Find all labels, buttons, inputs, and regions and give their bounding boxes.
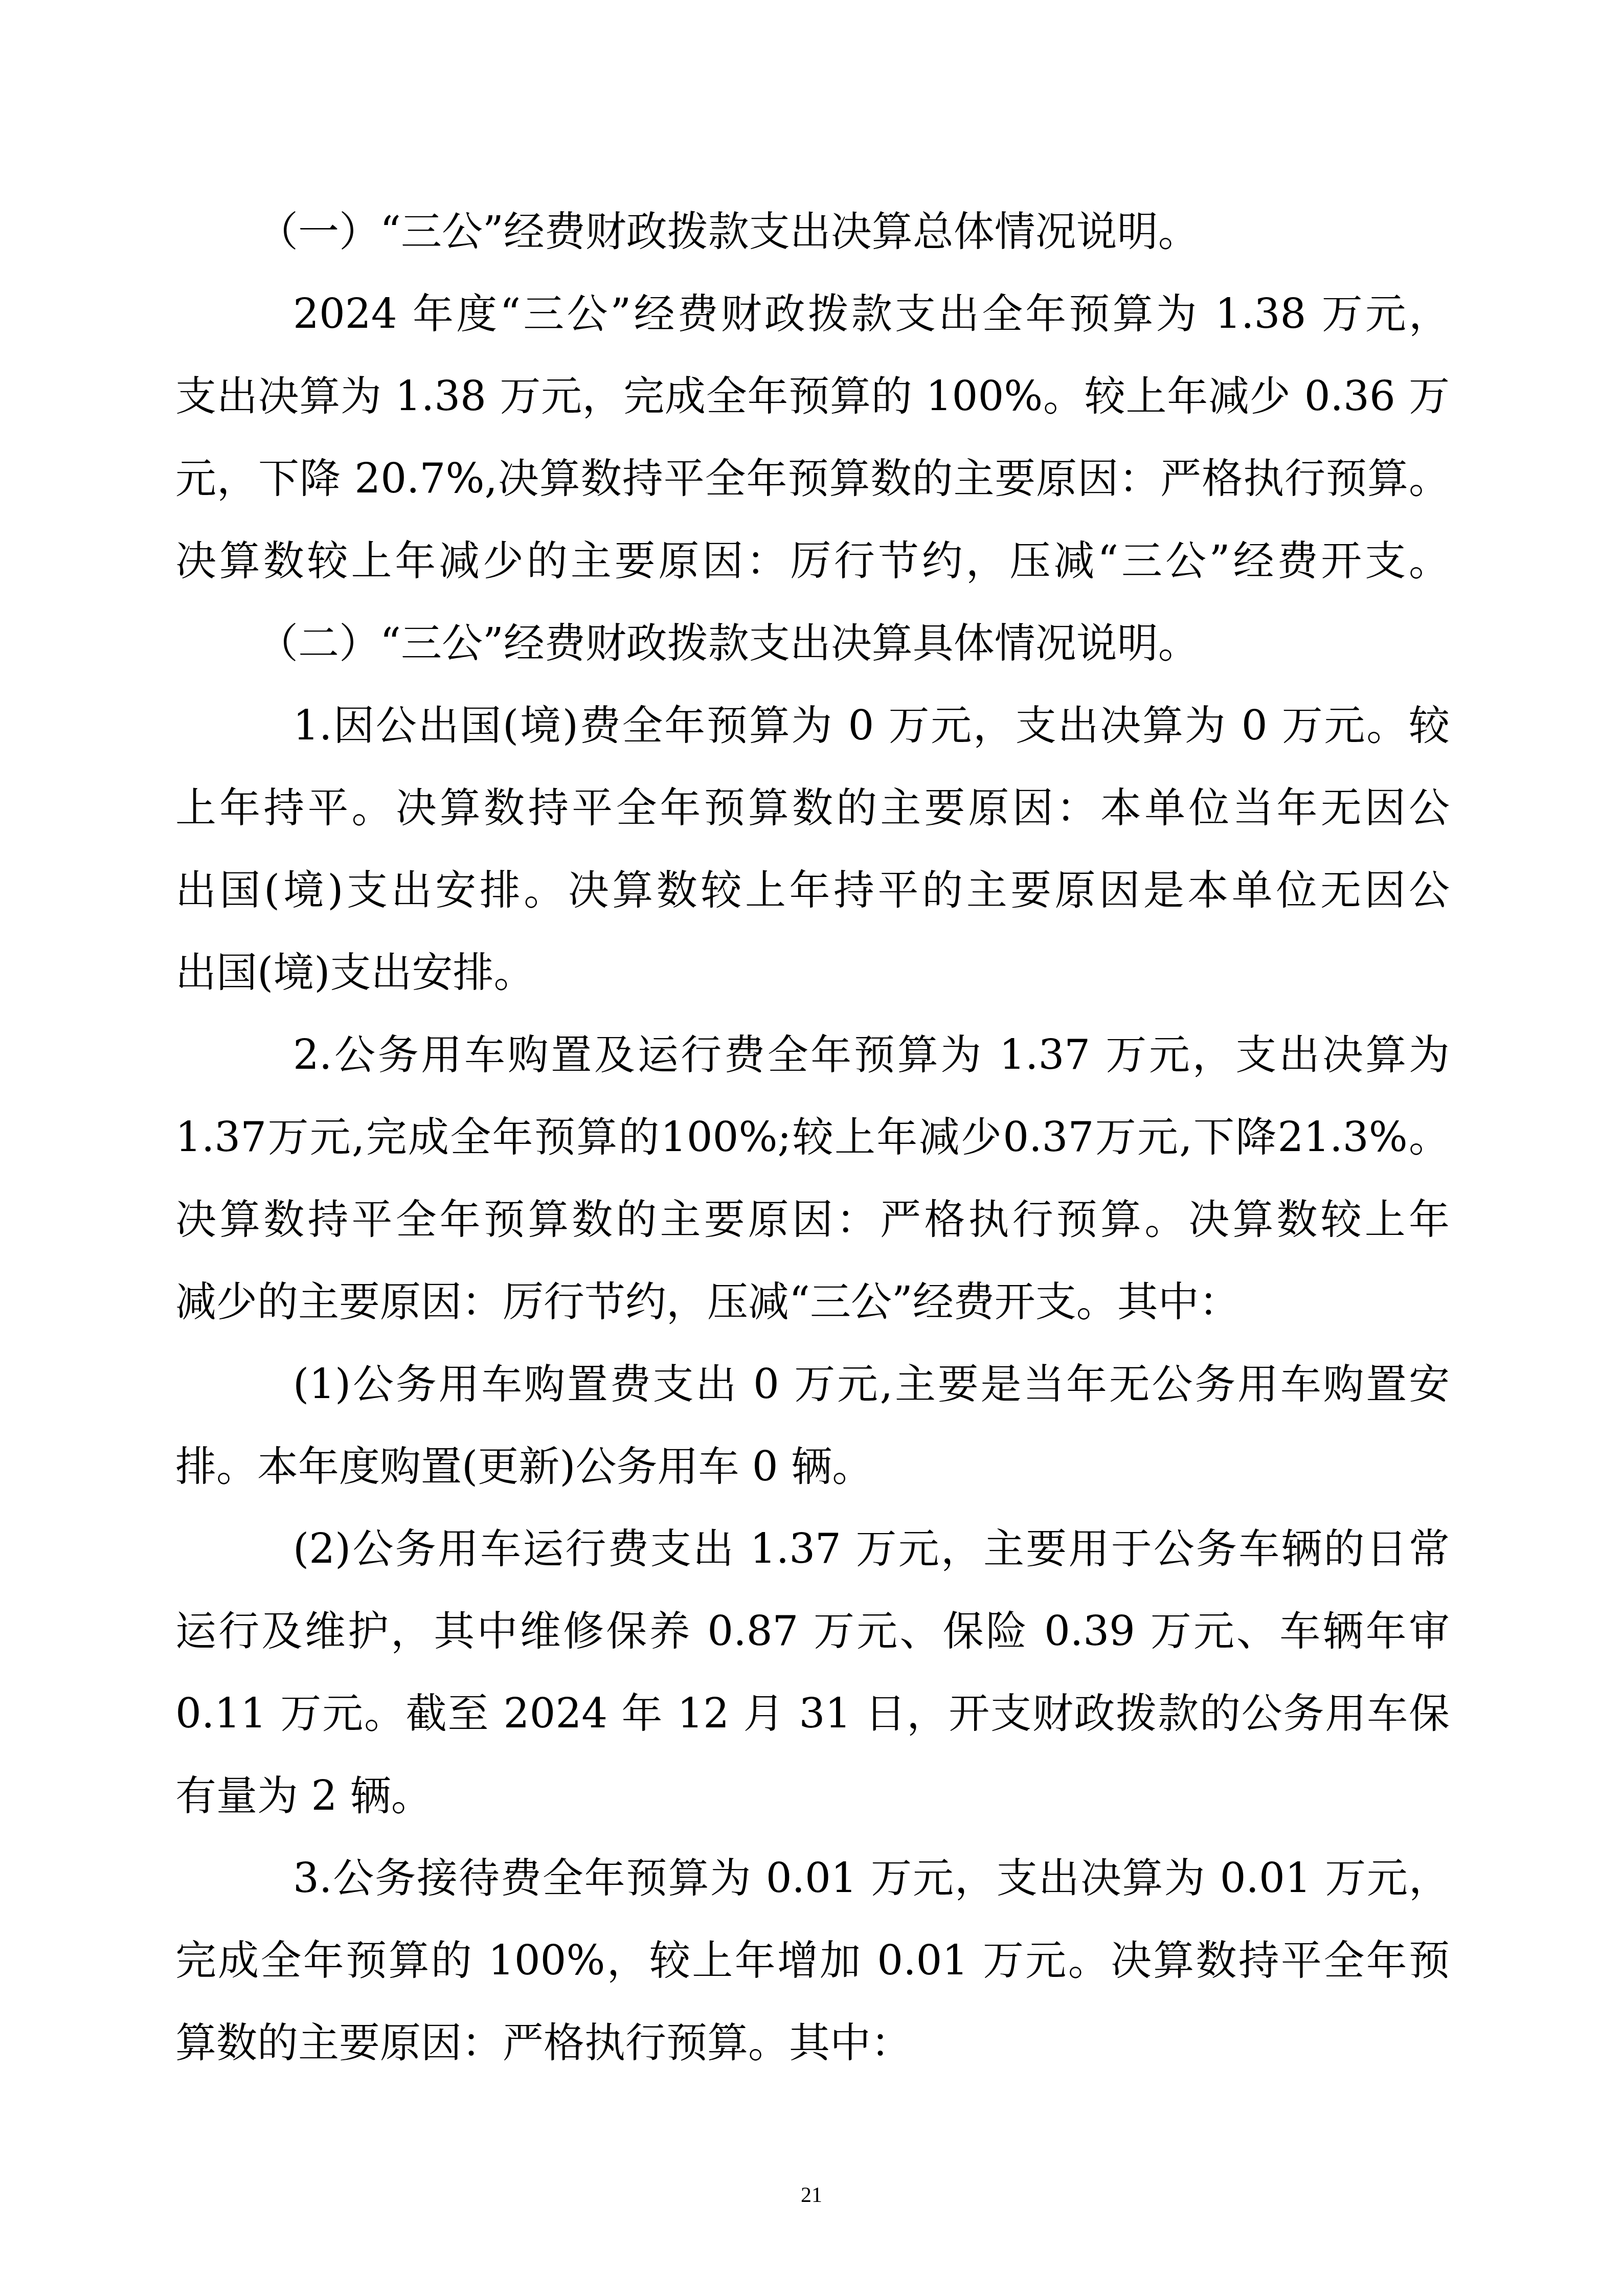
paragraph-line: 出国(境)支出安排。 bbox=[175, 931, 1450, 1014]
paragraph-line: 运行及维护，其中维修保养 0.87 万元、保险 0.39 万元、车辆年审 bbox=[175, 1590, 1450, 1672]
paragraph-line: 排。本年度购置(更新)公务用车 0 辆。 bbox=[175, 1425, 1450, 1507]
paragraph-line: 上年持平。决算数持平全年预算数的主要原因：本单位当年无因公 bbox=[175, 767, 1450, 849]
document-page: （一）“三公”经费财政拨款支出决算总体情况说明。 2024 年度“三公”经费财政… bbox=[0, 0, 1623, 2296]
document-body: （一）“三公”经费财政拨款支出决算总体情况说明。 2024 年度“三公”经费财政… bbox=[175, 190, 1450, 2084]
paragraph-line: 出国(境)支出安排。决算数较上年持平的主要原因是本单位无因公 bbox=[175, 849, 1450, 931]
section-heading-overall: （一）“三公”经费财政拨款支出决算总体情况说明。 bbox=[175, 190, 1450, 273]
paragraph-line: 完成全年预算的 100%，较上年增加 0.01 万元。决算数持平全年预 bbox=[175, 1919, 1450, 2001]
paragraph-line: 0.11 万元。截至 2024 年 12 月 31 日，开支财政拨款的公务用车保 bbox=[175, 1672, 1450, 1754]
paragraph-line: (2)公务用车运行费支出 1.37 万元，主要用于公务车辆的日常 bbox=[175, 1507, 1450, 1590]
paragraph-line: 决算数持平全年预算数的主要原因：严格执行预算。决算数较上年 bbox=[175, 1178, 1450, 1260]
paragraph-line: 元，下降 20.7%,决算数持平全年预算数的主要原因：严格执行预算。 bbox=[175, 437, 1450, 520]
paragraph-line: 1.37万元,完成全年预算的100%;较上年减少0.37万元,下降21.3%。 bbox=[175, 1096, 1450, 1178]
paragraph-line: 减少的主要原因：厉行节约，压减“三公”经费开支。其中： bbox=[175, 1260, 1450, 1343]
page-number: 21 bbox=[0, 2182, 1623, 2208]
paragraph-line: 有量为 2 辆。 bbox=[175, 1754, 1450, 1837]
paragraph-line: (1)公务用车购置费支出 0 万元,主要是当年无公务用车购置安 bbox=[175, 1343, 1450, 1425]
paragraph-line: 2024 年度“三公”经费财政拨款支出全年预算为 1.38 万元， bbox=[175, 273, 1450, 355]
paragraph-line: 1.因公出国(境)费全年预算为 0 万元，支出决算为 0 万元。较 bbox=[175, 684, 1450, 767]
paragraph-line: 3.公务接待费全年预算为 0.01 万元，支出决算为 0.01 万元， bbox=[175, 1837, 1450, 1919]
paragraph-line: 决算数较上年减少的主要原因：厉行节约，压减“三公”经费开支。 bbox=[175, 520, 1450, 602]
section-heading-detail: （二）“三公”经费财政拨款支出决算具体情况说明。 bbox=[175, 602, 1450, 684]
paragraph-line: 算数的主要原因：严格执行预算。其中： bbox=[175, 2001, 1450, 2084]
paragraph-line: 支出决算为 1.38 万元，完成全年预算的 100%。较上年减少 0.36 万 bbox=[175, 355, 1450, 437]
paragraph-line: 2.公务用车购置及运行费全年预算为 1.37 万元，支出决算为 bbox=[175, 1014, 1450, 1096]
